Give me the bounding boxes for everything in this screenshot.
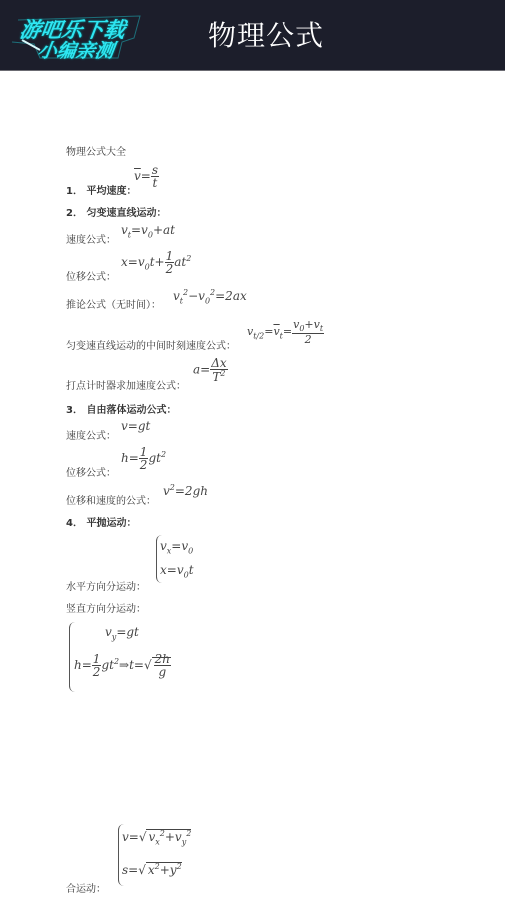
combined-motion-label: 合运动：: [66, 880, 106, 895]
formula-uniform-velocity: vt=v0+at: [121, 223, 175, 239]
section-2-label: 2． 匀变速直线运动：: [66, 204, 166, 219]
corollary-formula-label: 推论公式（无时间）：: [66, 296, 161, 311]
formula-average-velocity: v=st: [134, 164, 159, 189]
formula-vx: vx=v0: [160, 539, 193, 555]
horizontal-motion-label: 水平方向分运动：: [66, 578, 146, 593]
formula-combined-velocity: v=√vx2+vy2: [122, 829, 191, 846]
section-1-label: 1． 平均速度：: [66, 182, 136, 197]
freefall-velocity-label: 速度公式：: [66, 427, 116, 442]
section-3-label: 3． 自由落体运动公式：: [66, 401, 176, 416]
ticker-timer-label: 打点计时器求加速度公式：: [66, 377, 186, 392]
formula-midtime-velocity: vt/2=vt=v0+vt2: [247, 319, 324, 345]
formula-v-squared: v2=2gh: [163, 483, 208, 498]
page-title: 物理公式: [208, 14, 324, 54]
freefall-displacement-label: 位移公式：: [66, 464, 116, 479]
formula-x: x=v0t: [160, 563, 194, 579]
section-4-label: 4． 平抛运动：: [66, 514, 136, 529]
formula-no-time: vt2−v02=2ax: [173, 288, 247, 305]
formula-ticker-acceleration: a=ΔxT2: [193, 357, 228, 383]
velocity-formula-label: 速度公式：: [66, 231, 116, 246]
logo-text-line2: 小编亲测: [36, 36, 116, 63]
midtime-velocity-label: 匀变速直线运动的中间时刻速度公式：: [66, 337, 236, 352]
formula-uniform-displacement: x=v0t+12at2: [121, 250, 191, 275]
formula-freefall-velocity: v=gt: [121, 419, 150, 433]
site-logo[interactable]: 游吧乐下载 小编亲测: [10, 12, 148, 62]
formula-vy: vy=gt: [105, 625, 139, 641]
document-image: 物理公式大全 1． 平均速度： v=st 2． 匀变速直线运动： 速度公式： v…: [0, 72, 505, 903]
displacement-formula-label: 位移公式：: [66, 268, 116, 283]
formula-freefall-displacement: h=12gt2: [121, 446, 166, 471]
displacement-velocity-label: 位移和速度的公式：: [66, 492, 156, 507]
app-header: 游吧乐下载 小编亲测 物理公式: [0, 0, 505, 71]
document-heading: 物理公式大全: [66, 143, 126, 158]
formula-fall-time: h=12gt2⇒t=√2hg: [74, 653, 171, 678]
formula-combined-displacement: s=√x2+y2: [122, 862, 182, 877]
vertical-motion-label: 竖直方向分运动：: [66, 600, 146, 615]
